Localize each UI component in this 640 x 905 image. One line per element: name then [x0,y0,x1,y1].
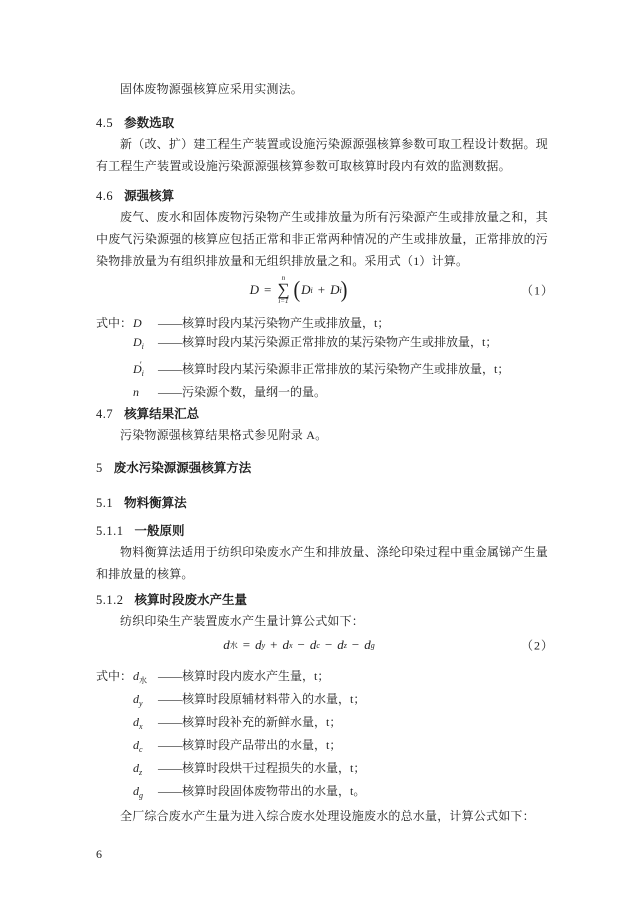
page-number: 6 [96,847,102,862]
heading-5-1-2: 5.1.2 核算时段废水产生量 [96,590,548,610]
where-row: 式中： D ——核算时段内某污染物产生或排放量，t； [96,314,548,333]
symbol: dg [133,782,158,805]
close-paren: ) [341,279,348,302]
equation-2-number: （2） [521,637,554,654]
symbol: dy [133,690,158,713]
heading-number: 5.1 [96,493,113,513]
symbol-definition: ——核算时段烘干过程损失的水量，t； [158,759,548,778]
symbol: d水 [133,667,158,690]
where-list-equation-2: 式中： d水 ——核算时段内废水产生量，t； dy ——核算时段原辅材料带入的水… [96,667,548,805]
heading-5: 5 废水污染源源强核算方法 [96,458,548,478]
paragraph-total-wastewater: 全厂综合废水产生量为进入综合废水处理设施废水的总水量，计算公式如下： [96,805,548,827]
where-prefix: 式中： [96,314,133,333]
where-row: Di ——核算时段内某污染源正常排放的某污染物产生或排放量，t； [96,333,548,356]
plus-sign: + [270,637,277,653]
heading-4-7: 4.7 核算结果汇总 [96,404,548,424]
eq1-term1-sub: i [311,286,313,295]
heading-4-5: 4.5 参数选取 [96,113,548,133]
where-row: dc ——核算时段产品带出的水量，t； [96,736,548,759]
where-row: dz ——核算时段烘干过程损失的水量，t； [96,759,548,782]
summation-symbol: n ∑ i=1 [277,275,289,305]
heading-title: 核算时段废水产生量 [135,590,248,610]
heading-4-6: 4.6 源强核算 [96,186,548,206]
equation-1: D = n ∑ i=1 ( Di + Di′ ) （1） [96,272,548,308]
symbol-definition: ——核算时段原辅材料带入的水量，t； [158,690,548,709]
equals-sign: = [243,637,250,653]
open-paren: ( [293,279,300,302]
heading-title: 废水污染源源强核算方法 [114,458,252,478]
heading-number: 4.7 [96,404,113,424]
symbol-definition: ——核算时段内某污染物产生或排放量，t； [158,314,548,333]
heading-5-1-1: 5.1.1 一般原则 [96,521,548,541]
eq1-lhs: D [250,282,259,298]
heading-5-1: 5.1 物料衡算法 [96,493,548,513]
where-list-equation-1: 式中： D ——核算时段内某污染物产生或排放量，t； Di ——核算时段内某污染… [96,314,548,402]
heading-title: 源强核算 [124,186,174,206]
sum-lower-limit: i=1 [278,297,288,305]
document-page: 固体废物源强核算应采用实测法。 4.5 参数选取 新（改、扩）建工程生产装置或设… [0,0,640,905]
sigma-glyph: ∑ [277,282,289,297]
document-content: 固体废物源强核算应采用实测法。 4.5 参数选取 新（改、扩）建工程生产装置或设… [96,78,548,827]
equals-sign: = [264,282,271,298]
equation-1-formula: D = n ∑ i=1 ( Di + Di′ ) [250,275,349,305]
plus-sign: + [318,282,325,298]
symbol-definition: ——核算时段内某污染源正常排放的某污染物产生或排放量，t； [158,333,548,352]
symbol-definition: ——核算时段固体废物带出的水量，t。 [158,782,548,801]
heading-number: 5.1.1 [96,521,124,541]
where-row: 式中： d水 ——核算时段内废水产生量，t； [96,667,548,690]
minus-sign: − [298,637,305,653]
where-row: n ——污染源个数，量纲一的量。 [96,383,548,402]
heading-number: 4.6 [96,186,113,206]
equation-1-number: （1） [521,282,554,299]
heading-title: 核算结果汇总 [124,404,199,424]
symbol: Di′ [133,356,158,383]
symbol: Di [133,333,158,356]
paragraph-4-6: 废气、废水和固体废物污染物产生或排放量为所有污染源产生或排放量之和，其中废气污染… [96,206,548,272]
prime-mark: ′ [338,285,340,295]
equation-2-formula: d水 = dy + dx − dc − dz − dg [223,637,375,653]
symbol: D [133,314,158,333]
heading-number: 4.5 [96,113,113,133]
where-row: dg ——核算时段固体废物带出的水量，t。 [96,782,548,805]
symbol-definition: ——核算时段补充的新鲜水量，t； [158,713,548,732]
eq1-term1: D [301,282,310,298]
where-prefix: 式中： [96,667,133,686]
symbol: n [133,383,158,402]
paragraph-5-1-1: 物料衡算法适用于纺织印染废水产生和排放量、涤纶印染过程中重金属锑产生量和排放量的… [96,541,548,585]
symbol-definition: ——核算时段内废水产生量，t； [158,667,548,686]
heading-title: 物料衡算法 [124,493,187,513]
minus-sign: − [352,637,359,653]
where-row: dy ——核算时段原辅材料带入的水量，t； [96,690,548,713]
symbol-definition: ——污染源个数，量纲一的量。 [158,383,548,402]
symbol: dx [133,713,158,736]
where-row: dx ——核算时段补充的新鲜水量，t； [96,713,548,736]
symbol: dz [133,759,158,782]
symbol-definition: ——核算时段内某污染源非正常排放的某污染物产生或排放量，t； [158,360,548,379]
paragraph-solid-waste-method: 固体废物源强核算应采用实测法。 [96,78,548,100]
paragraph-4-7: 污染物源强核算结果格式参见附录 A。 [96,424,548,446]
heading-title: 一般原则 [135,521,185,541]
symbol-definition: ——核算时段产品带出的水量，t； [158,736,548,755]
equation-2: d水 = dy + dx − dc − dz − dg （2） [96,634,548,656]
where-row: Di′ ——核算时段内某污染源非正常排放的某污染物产生或排放量，t； [96,356,548,383]
heading-number: 5 [96,458,103,478]
heading-number: 5.1.2 [96,590,124,610]
paragraph-5-1-2: 纺织印染生产装置废水产生量计算公式如下： [96,610,548,632]
heading-title: 参数选取 [124,113,174,133]
paragraph-4-5: 新（改、扩）建工程生产装置或设施污染源源强核算参数可取工程设计数据。现有工程生产… [96,133,548,177]
symbol: dc [133,736,158,759]
minus-sign: − [325,637,332,653]
